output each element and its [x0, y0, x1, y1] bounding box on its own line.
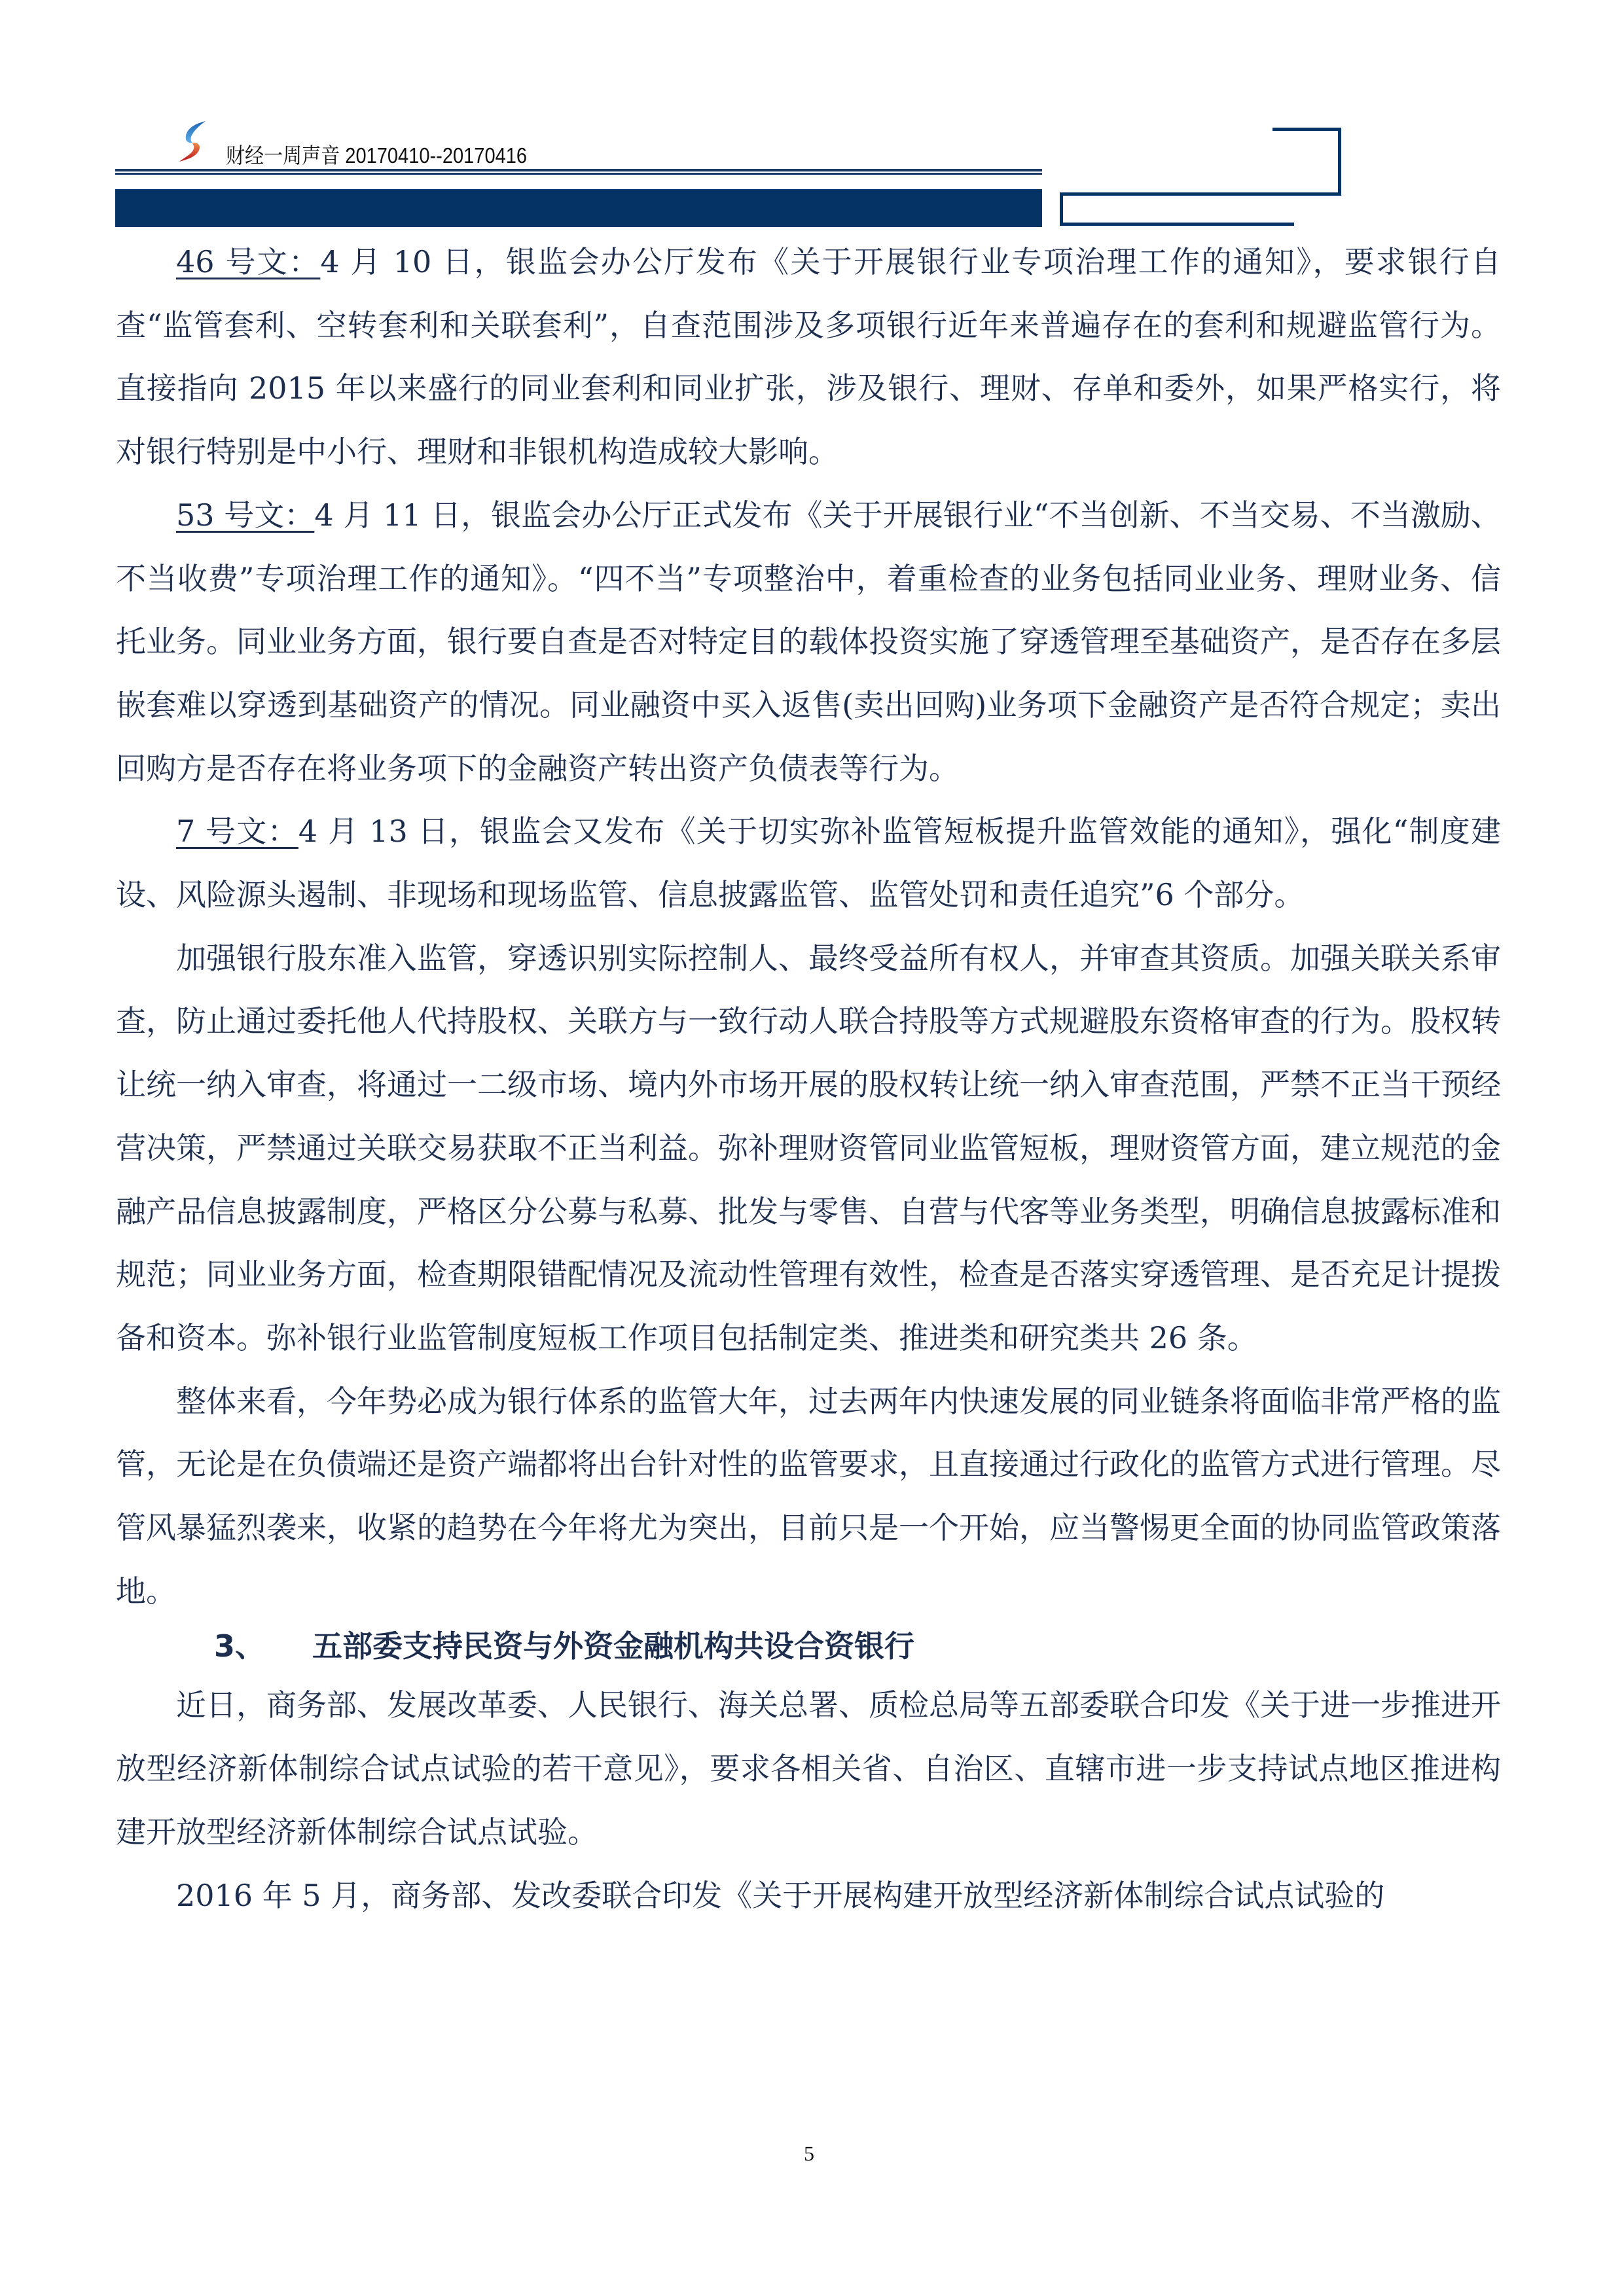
header-frame-line — [1060, 192, 1341, 196]
paragraph-summary: 整体来看，今年势必成为银行体系的监管大年，过去两年内快速发展的同业链条将面临非常… — [116, 1370, 1501, 1623]
paragraph-text: 4 月 11 日，银监会办公厅正式发布《关于开展银行业“不当创新、不当交易、不当… — [116, 497, 1501, 786]
section-title: 五部委支持民资与外资金融机构共设合资银行 — [312, 1628, 914, 1664]
paragraph-five-ministries: 近日，商务部、发展改革委、人民银行、海关总署、质检总局等五部委联合印发《关于进一… — [116, 1674, 1501, 1863]
section-heading: 3、五部委支持民资与外资金融机构共设合资银行 — [116, 1619, 1501, 1674]
header-frame-line — [1272, 128, 1341, 131]
paragraph-46: 46 号文：4 月 10 日，银监会办公厅发布《关于开展银行业专项治理工作的通知… — [116, 230, 1501, 484]
header-rule-bottom — [115, 173, 1042, 175]
document-label-53: 53 号文： — [176, 497, 314, 533]
document-label-46: 46 号文： — [176, 244, 320, 279]
page-number: 5 — [804, 2142, 814, 2166]
header-frame-line — [1060, 192, 1063, 226]
paragraph-2016: 2016 年 5 月，商务部、发改委联合印发《关于开展构建开放型经济新体制综合试… — [116, 1864, 1501, 1928]
document-body: 46 号文：4 月 10 日，银监会办公厅发布《关于开展银行业专项治理工作的通知… — [116, 230, 1501, 1927]
paragraph-text: 4 月 13 日，银监会又发布《关于切实弥补监管短板提升监管效能的通知》，强化“… — [116, 814, 1501, 912]
paragraph-text: 4 月 10 日，银监会办公厅发布《关于开展银行业专项治理工作的通知》，要求银行… — [116, 244, 1501, 469]
brand-logo-icon — [175, 120, 212, 163]
header-band — [115, 189, 1042, 227]
header-title: 财经一周声音 20170410--20170416 — [226, 139, 527, 170]
paragraph-shareholder: 加强银行股东准入监管，穿透识别实际控制人、最终受益所有权人，并审查其资质。加强关… — [116, 927, 1501, 1370]
header-rule-top — [115, 169, 1042, 171]
header-frame-line — [1060, 223, 1294, 226]
header-frame-line — [1338, 128, 1341, 196]
section-number: 3、 — [214, 1619, 312, 1674]
document-label-7: 7 号文： — [176, 814, 298, 849]
paragraph-53: 53 号文：4 月 11 日，银监会办公厅正式发布《关于开展银行业“不当创新、不… — [116, 484, 1501, 800]
paragraph-7: 7 号文：4 月 13 日，银监会又发布《关于切实弥补监管短板提升监管效能的通知… — [116, 800, 1501, 926]
